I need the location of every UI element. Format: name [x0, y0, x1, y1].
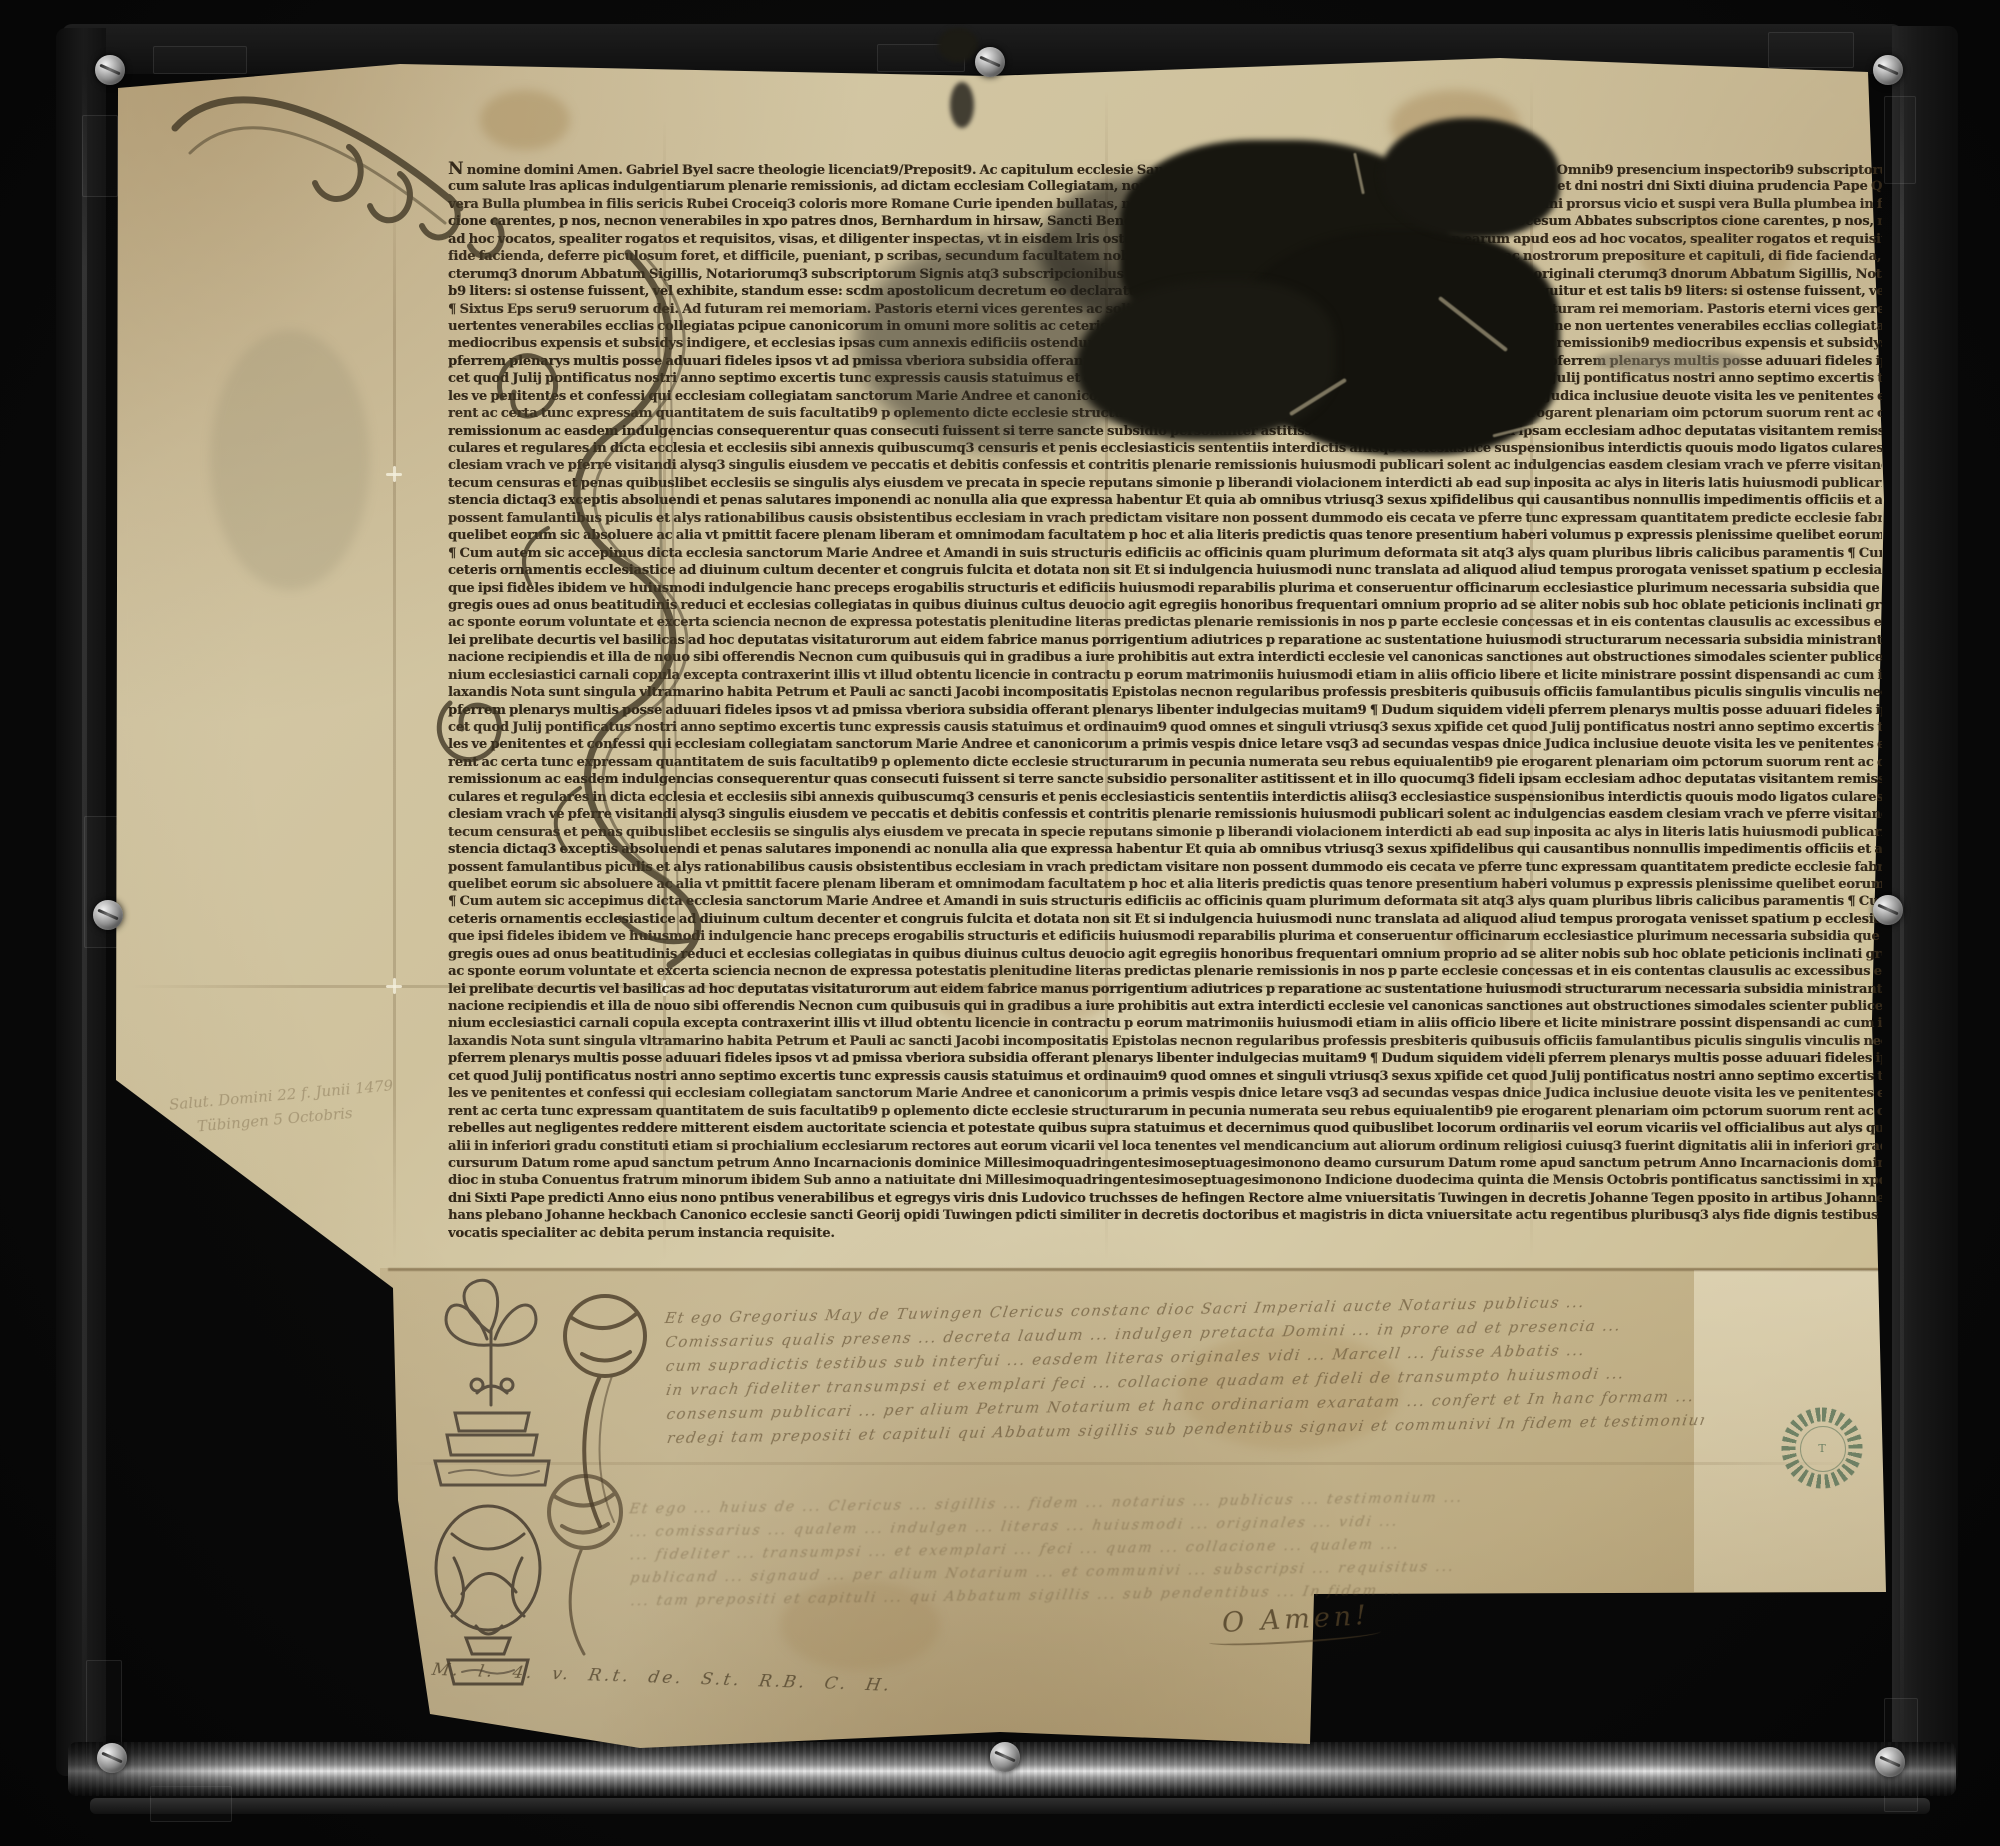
printed-text-line: pferrem plenarys multis posse aduuari fi… [448, 1050, 1882, 1067]
notarial-attestation-1: Et ego Gregorius May de Tuwingen Clericu… [665, 1286, 1819, 1450]
sheet-seam [388, 1268, 1886, 1271]
ink-spot [950, 82, 974, 128]
printed-text-line: rebelles aut negligentes reddere mittere… [448, 1120, 1882, 1137]
printed-text-line: nacione recipiendis et illa de nouo sibi… [448, 998, 1882, 1015]
frame-screw [95, 55, 125, 85]
frame-clip-tab [1768, 32, 1854, 68]
frame-screw [975, 47, 1005, 77]
printed-text-line: hans plebano Johanne heckbach Canonico e… [448, 1207, 1882, 1224]
archive-stamp-center: T [1800, 1426, 1846, 1472]
printed-text-line: laxandis Nota sunt singula vltramarino h… [448, 1033, 1882, 1050]
amen-inscription: O Amen! [1221, 1600, 1370, 1639]
printed-text-line: dioc in stuba Conuentus fratrum minorum … [448, 1172, 1882, 1189]
frame-screw [1873, 895, 1903, 925]
notary-paraph-icon [540, 1470, 630, 1660]
frame-screw [1875, 1747, 1905, 1777]
erasure-smudge [1595, 350, 1745, 372]
frame-bottom-bar-shadow [90, 1798, 1930, 1814]
printed-text-line: rent ac certa tunc expressam quantitatem… [448, 1103, 1882, 1120]
frame-clip-tab [1884, 96, 1916, 184]
printed-text-line: nium ecclesiastici carnali copula except… [448, 1015, 1882, 1032]
printed-text-line: les ve penitentes et confessi qui eccles… [448, 1085, 1882, 1102]
printed-text-line: vocatis specialiter ac debita perum inst… [448, 1225, 1122, 1242]
frame-screw [990, 1742, 1020, 1772]
printed-text-line: cursurum Datum rome apud sanctum petrum … [448, 1155, 1882, 1172]
frame-clip-tab [82, 115, 118, 197]
printed-text-line: dni Sixti Pape predicti Anno eius nono p… [448, 1190, 1882, 1207]
calligraphic-flourish [150, 58, 770, 988]
printed-text-line: cet quod Julij pontificatus nostri anno … [448, 1068, 1882, 1085]
printed-text-line: alii in inferiori gradu constituti etiam… [448, 1138, 1882, 1155]
notarial-attestation-2: Et ego ... huius de ... Clericus ... sig… [629, 1482, 1810, 1613]
photo-backdrop: N nomine domini Amen. Gabriel Byel sacre… [0, 0, 2000, 1846]
frame-screw [93, 900, 123, 930]
ink-spot [938, 28, 978, 62]
frame-screw [97, 1743, 127, 1773]
frame-screw [1873, 55, 1903, 85]
